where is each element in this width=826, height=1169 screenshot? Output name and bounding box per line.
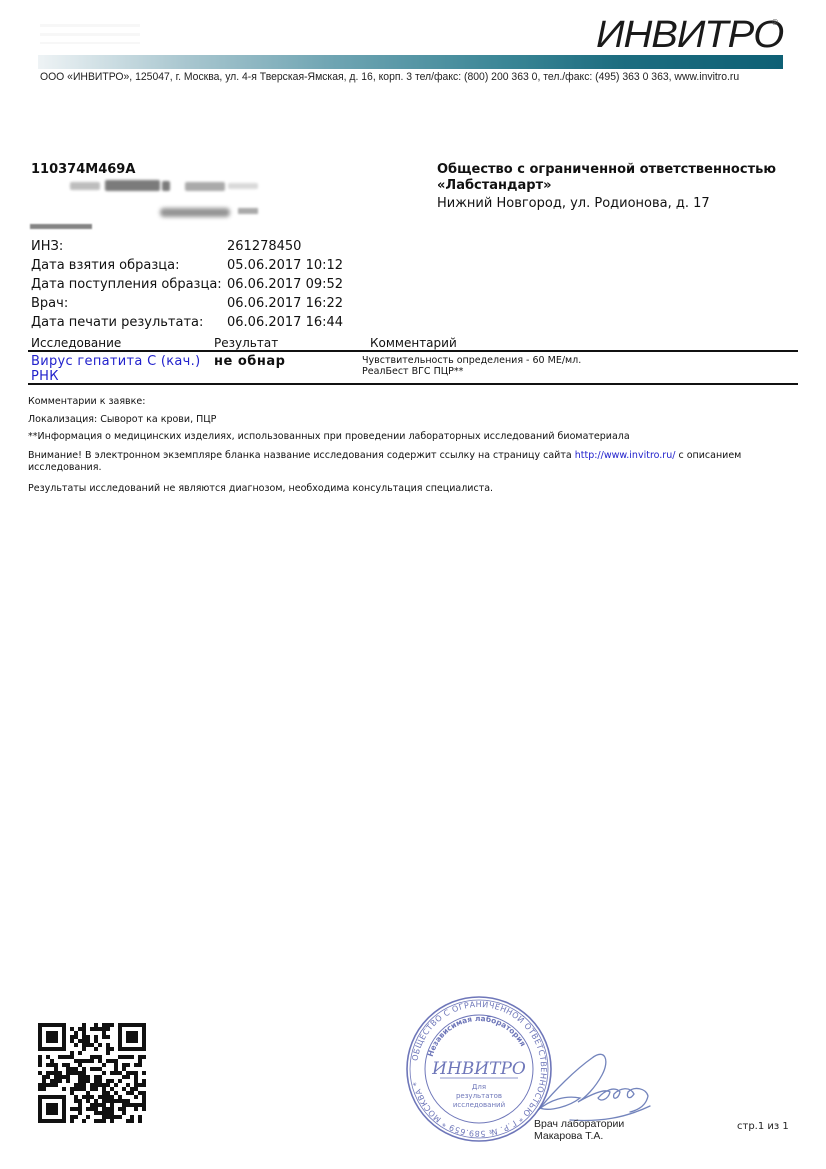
field-value-sample-taken: 05.06.2017 10:12 [227,258,343,273]
column-header-comment: Комментарий [370,336,457,350]
qr-code [38,1023,146,1123]
header-faded-text [40,24,140,44]
order-id: 110374M469A [31,162,135,177]
doctor-signature [530,1040,670,1125]
field-label-doctor: Врач: [31,296,68,311]
patient-name-redacted [60,180,260,193]
header-gradient-bar [38,55,783,69]
test-comment-line2: РеалБест ВГС ПЦР** [362,366,581,377]
lab-name-line2: «Лабстандарт» [437,178,797,194]
devices-info-note: **Информация о медицинских изделиях, исп… [28,431,788,443]
warning-note: Внимание! В электронном экземпляре бланк… [28,450,788,473]
field-label-sample-taken: Дата взятия образца: [31,258,179,273]
stamp-line1: Для [472,1083,486,1091]
patient-details-redacted [160,206,270,220]
lab-name-line1: Общество с ограниченной ответственностью [437,162,797,178]
field-value-doctor: 06.06.2017 16:22 [227,296,343,311]
field-label-inz: ИНЗ: [31,239,63,254]
field-value-sample-received: 06.06.2017 09:52 [227,277,343,292]
field-value-inz: 261278450 [227,239,301,254]
field-label-sample-received: Дата поступления образца: [31,277,222,292]
test-comment: Чувствительность определения - 60 МЕ/мл.… [362,355,581,377]
test-result: не обнар [214,354,285,369]
test-name-line1[interactable]: Вирус гепатита С (кач.) [31,354,211,369]
lab-address: Нижний Новгород, ул. Родионова, д. 17 [437,196,710,211]
warning-text-line2: исследования. [28,462,101,473]
signer-title: Врач лаборатории [534,1118,624,1130]
warning-text-after: с описанием [675,450,741,461]
column-header-test: Исследование [31,336,121,350]
lab-name: Общество с ограниченной ответственностью… [437,162,797,194]
test-name-link[interactable]: Вирус гепатита С (кач.) РНК [31,354,211,384]
registered-mark-icon: ® [771,18,779,27]
disclaimer-note: Результаты исследований не являются диаг… [28,483,788,495]
table-header-divider [28,350,798,352]
field-value-print-date: 06.06.2017 16:44 [227,315,343,330]
table-bottom-divider [28,383,798,385]
order-comments-label: Комментарии к заявке: [28,396,788,408]
column-header-result: Результат [214,336,278,350]
stamp-logo: ИНВИТРО [431,1059,526,1079]
patient-extra-redacted [30,224,100,232]
company-address-line: ООО «ИНВИТРО», 125047, г. Москва, ул. 4-… [40,71,739,83]
warning-text: Внимание! В электронном экземпляре бланк… [28,450,575,461]
invitro-site-link[interactable]: http://www.invitro.ru/ [575,450,676,461]
signer-name: Макарова Т.А. [534,1130,624,1142]
stamp-line2: результатов [456,1092,502,1100]
page-number: стр.1 из 1 [737,1121,789,1132]
localization-note: Локализация: Сыворот ка крови, ПЦР [28,414,788,426]
stamp-line3: исследований [453,1101,505,1109]
invitro-logo: ИНВИТРО [596,14,783,57]
signer-block: Врач лаборатории Макарова Т.А. [534,1118,624,1142]
test-name-line2[interactable]: РНК [31,369,211,384]
test-comment-line1: Чувствительность определения - 60 МЕ/мл. [362,355,581,366]
field-label-print-date: Дата печати результата: [31,315,203,330]
